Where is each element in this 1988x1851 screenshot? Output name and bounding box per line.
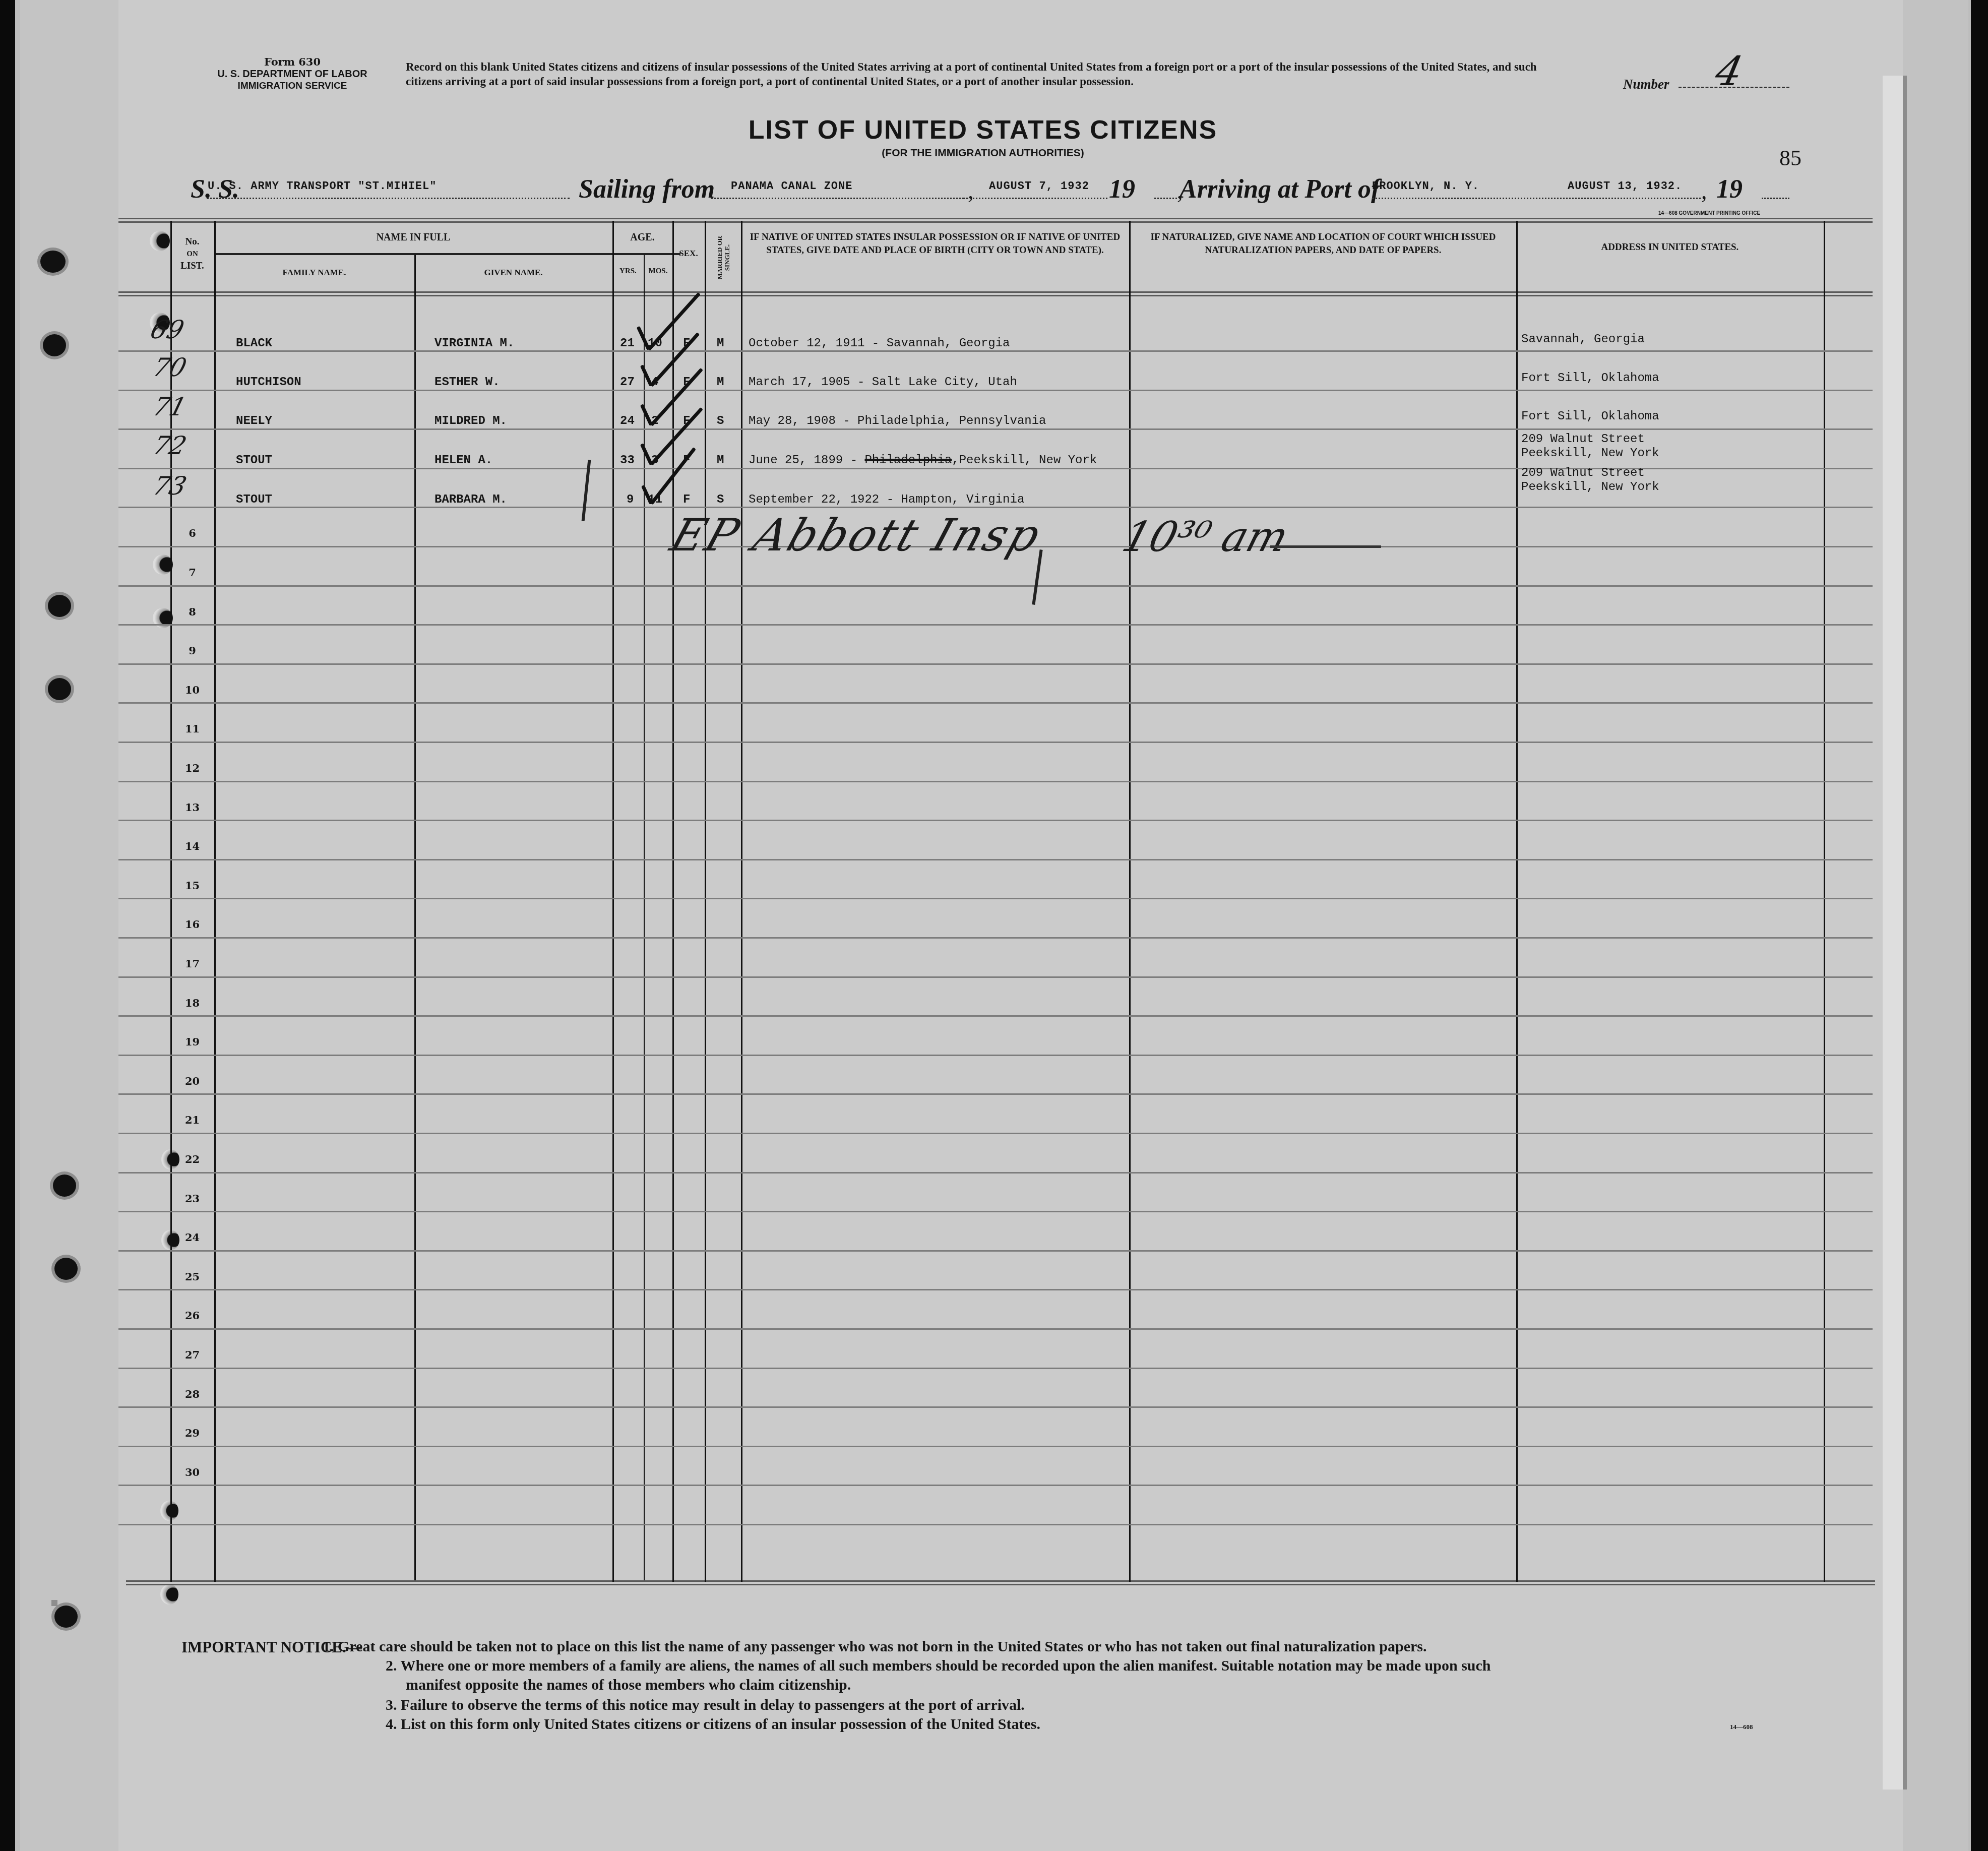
row-number: 20 (170, 1075, 214, 1087)
row-rule (118, 1485, 1873, 1486)
row-number: 7 (170, 566, 214, 579)
marital-status: M (717, 376, 724, 389)
family-name: STOUT (236, 493, 272, 507)
arrival-port-line (1372, 198, 1705, 199)
col-divider (414, 255, 416, 1580)
form-code: 14—608 (1730, 1723, 1753, 1731)
row-rule (118, 820, 1873, 821)
year-prefix: 19 (1716, 174, 1743, 204)
row-number: 11 (170, 722, 214, 735)
row-number: 17 (170, 957, 214, 970)
col-divider (705, 221, 706, 1582)
age-years: 21 (620, 337, 635, 350)
notice-item-2: 2. Where one or more members of a family… (386, 1657, 1491, 1675)
col-divider (170, 221, 172, 1582)
age-years: 33 (620, 454, 635, 467)
separator: , (1701, 177, 1707, 204)
col-divider (1824, 221, 1825, 1582)
arrival-date: AUGUST 13, 1932. (1568, 180, 1682, 193)
printer-mark: 14—608 GOVERNMENT PRINTING OFFICE (1658, 211, 1760, 216)
row-rule (118, 1172, 1873, 1174)
name-header-rule (214, 253, 680, 255)
marital-status: S (717, 493, 724, 507)
row-rule (118, 1133, 1873, 1134)
given-name: HELEN A. (434, 454, 492, 467)
page-subtitle: (FOR THE IMMIGRATION AUTHORITIES) (696, 147, 1270, 159)
address-line: 209 Walnut Street (1521, 433, 1645, 446)
row-rule (118, 585, 1873, 587)
row-rule (118, 1055, 1873, 1056)
marital-status: M (717, 337, 724, 350)
row-rule (118, 937, 1873, 939)
header-age: AGE. (612, 231, 672, 244)
marital-status: S (717, 414, 724, 428)
row-number: 27 (170, 1348, 214, 1361)
col-divider (1129, 221, 1131, 1582)
address-line: Peekskill, New York (1521, 480, 1659, 494)
row-number: 26 (170, 1309, 214, 1322)
notice-item-2-cont: manifest opposite the names of those mem… (406, 1677, 851, 1694)
col-divider (741, 221, 742, 1582)
family-name: NEELY (236, 414, 272, 428)
ship-name: U. S. ARMY TRANSPORT "ST.MIHIEL" (208, 180, 568, 193)
page-title: LIST OF UNITED STATES CITIZENS (696, 115, 1270, 145)
row-number: 12 (170, 762, 214, 774)
sailing-from-line (711, 198, 968, 199)
given-name: BARBARA M. (434, 493, 507, 507)
row-number: 29 (170, 1427, 214, 1439)
given-name: ESTHER W. (434, 376, 500, 389)
header-naturalized: IF NATURALIZED, GIVE NAME AND LOCATION O… (1137, 231, 1510, 257)
departure-date: AUGUST 7, 1932 (989, 180, 1089, 193)
punch-hole-icon (153, 554, 173, 575)
notice-item-4: 4. List on this form only United States … (386, 1716, 1040, 1733)
punch-hole-icon (160, 1501, 178, 1521)
row-number: 23 (170, 1192, 214, 1205)
col-divider (214, 221, 216, 1582)
row-rule (118, 1446, 1873, 1447)
row-rule (118, 742, 1873, 743)
notice-item-1: 1. Great care should be taken not to pla… (323, 1638, 1426, 1655)
row-number: 24 (170, 1231, 214, 1244)
row-number: 19 (170, 1035, 214, 1048)
row-rule (118, 428, 1873, 430)
form-number: Form 630 (166, 55, 418, 68)
year-prefix: 19 (1109, 174, 1135, 204)
punch-hole-icon (150, 231, 170, 251)
address-line: Fort Sill, Oklahoma (1521, 410, 1659, 423)
family-name: HUTCHISON (236, 376, 301, 389)
family-name: STOUT (236, 454, 272, 467)
binding-hole-icon (48, 678, 71, 700)
header-married-single: MARRIED OR SINGLE. (716, 225, 731, 290)
row-number: 30 (170, 1466, 214, 1478)
row-number: 13 (170, 801, 214, 814)
row-number: 25 (170, 1270, 214, 1283)
number-label: Number (1623, 77, 1669, 92)
header-sex: SEX. (672, 247, 705, 260)
header-address: ADDRESS IN UNITED STATES. (1516, 241, 1824, 254)
record-instructions: Record on this blank United States citiz… (406, 59, 1560, 89)
row-rule (118, 976, 1873, 978)
header-given-name: GIVEN NAME. (414, 266, 612, 279)
signature-underline (1270, 545, 1381, 548)
col-divider (672, 221, 674, 1582)
row-rule (118, 781, 1873, 782)
year-line (1762, 198, 1789, 199)
ship-name-line (207, 198, 570, 199)
year-line (1154, 198, 1177, 199)
age-years: 9 (627, 493, 634, 507)
sailing-from-label: Sailing from (579, 174, 715, 204)
binding-hole-icon (43, 334, 66, 356)
birth-date: June 25, 1899 - (749, 454, 857, 467)
notice-item-3: 3. Failure to observe the terms of this … (386, 1697, 1025, 1714)
right-tab-strip (1883, 76, 1907, 1790)
row-number: 10 (170, 684, 214, 696)
row-rule (118, 1093, 1873, 1095)
sex: F (683, 493, 690, 507)
inspector-signature: EP Abbott Insp (664, 509, 1048, 561)
row-rule (118, 1289, 1873, 1290)
row-number: 18 (170, 997, 214, 1009)
birth-place: ,Peekskill, New York (952, 454, 1097, 467)
address-line: Fort Sill, Oklahoma (1521, 372, 1659, 385)
binding-hole-icon (54, 1606, 78, 1628)
address-line: 209 Walnut Street (1521, 466, 1645, 480)
birth-info: March 17, 1905 - Salt Lake City, Utah (749, 376, 1017, 389)
table-top-rule (118, 218, 1873, 223)
row-number: 16 (170, 918, 214, 931)
row-rule (118, 1406, 1873, 1408)
birth-info: June 25, 1899 - Philadelphia,Peekskill, … (749, 454, 1097, 467)
separator: , (968, 177, 974, 204)
page-number: 85 (1779, 145, 1801, 171)
row-number: 28 (170, 1388, 214, 1400)
birth-info: September 22, 1922 - Hampton, Virginia (749, 493, 1024, 507)
row-rule (118, 1211, 1873, 1212)
age-years: 24 (620, 414, 635, 428)
binding-hole-icon (40, 251, 66, 273)
row-number: 9 (170, 644, 214, 657)
arrival-port: BROOKLYN, N. Y. (1372, 180, 1479, 193)
header-mos: MOS. (644, 265, 672, 278)
row-number: 8 (170, 605, 214, 618)
table-bottom-rule (126, 1580, 1875, 1585)
row-rule (118, 1524, 1873, 1525)
address-line: Peekskill, New York (1521, 447, 1659, 460)
department-name: U. S. DEPARTMENT OF LABOR (166, 69, 418, 80)
row-number: 14 (170, 840, 214, 852)
row-rule (118, 507, 1873, 508)
given-name: VIRGINIA M. (434, 337, 514, 350)
header-bottom-rule (118, 291, 1873, 296)
header-family-name: FAMILY NAME. (214, 266, 414, 279)
col-divider (612, 221, 614, 1582)
family-name: BLACK (236, 337, 272, 350)
punch-hole-icon (160, 1584, 178, 1605)
given-name: MILDRED M. (434, 414, 507, 428)
row-rule (118, 390, 1873, 391)
sailing-from-port: PANAMA CANAL ZONE (731, 180, 852, 193)
arriving-label: Arriving at Port of (1179, 174, 1380, 204)
struck-birthplace: Philadelphia (864, 454, 952, 467)
row-rule (118, 663, 1873, 665)
row-number: 15 (170, 879, 214, 892)
birth-info: October 12, 1911 - Savannah, Georgia (749, 337, 1010, 350)
row-rule (118, 1368, 1873, 1369)
col-divider (1516, 221, 1518, 1582)
marital-status: M (717, 454, 724, 467)
row-rule (118, 1250, 1873, 1252)
row-rule (118, 624, 1873, 626)
right-page-edge (1903, 0, 1968, 1851)
row-rule (118, 898, 1873, 899)
row-rule (118, 702, 1873, 704)
binding-hole-icon (54, 1258, 78, 1280)
binding-hole-icon (53, 1175, 76, 1197)
row-rule (118, 1328, 1873, 1330)
header-no-on-list: No. ON LIST. (170, 236, 214, 272)
age-years: 27 (620, 376, 635, 389)
row-rule (118, 350, 1873, 352)
header-birth: IF NATIVE OF UNITED STATES INSULAR POSSE… (749, 231, 1122, 257)
row-number: 21 (170, 1114, 214, 1126)
row-number: 6 (170, 527, 214, 539)
row-rule (118, 1015, 1873, 1017)
birth-info: May 28, 1908 - Philadelphia, Pennsylvani… (749, 414, 1046, 428)
header-yrs: YRS. (612, 265, 644, 278)
row-number: 22 (170, 1153, 214, 1165)
header-name-in-full: NAME IN FULL (214, 231, 612, 244)
address-line: Savannah, Georgia (1521, 333, 1645, 346)
row-rule (118, 859, 1873, 860)
binding-hole-icon (48, 595, 71, 617)
service-name: IMMIGRATION SERVICE (166, 81, 418, 92)
departure-date-line (964, 198, 1107, 199)
inspection-time: 10³⁰ am (1117, 513, 1293, 561)
